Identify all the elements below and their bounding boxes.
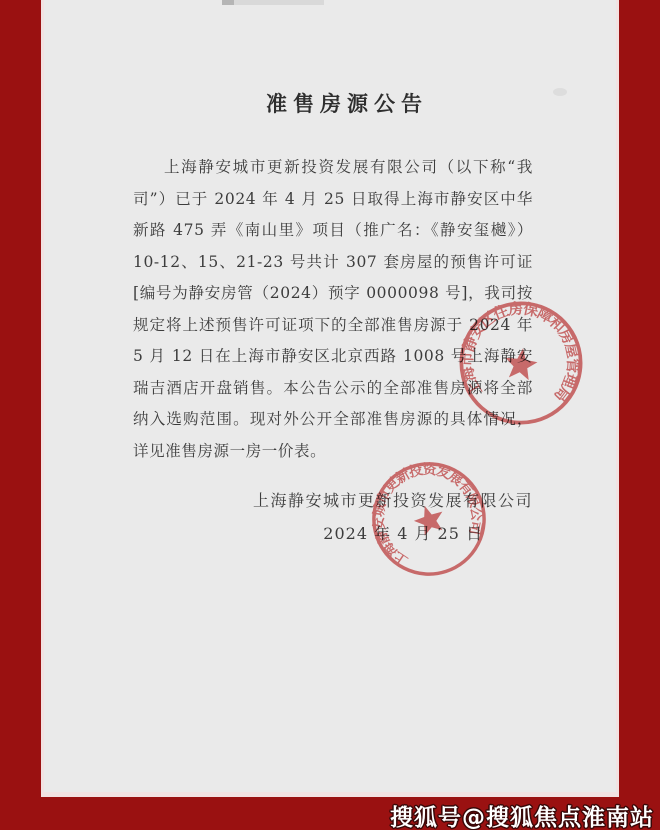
signature-date: 2024 年 4 月 25 日 xyxy=(44,521,616,544)
sohu-watermark-text: 搜狐号@搜狐焦点淮南站 xyxy=(390,799,654,830)
bureau-seal-graphic: 上海市静安区住房保障和房屋管理局 xyxy=(446,288,595,437)
bureau-seal-stamp: 上海市静安区住房保障和房屋管理局 xyxy=(446,288,595,437)
scan-artifact xyxy=(234,0,324,5)
scanned-announcement-screenshot: { "document": { "title": "准售房源公告", "body… xyxy=(0,0,660,830)
scan-artifact xyxy=(222,0,234,5)
star-icon xyxy=(503,346,539,381)
star-icon xyxy=(411,501,448,537)
paper-edge-frame: 准售房源公告 上海静安城市更新投资发展有限公司（以下称“我司”）已于 2024 … xyxy=(41,0,619,797)
page-title: 准售房源公告 xyxy=(44,88,616,118)
signature-company: 上海静安城市更新投资发展有限公司 xyxy=(44,488,616,511)
paper-sheet: 准售房源公告 上海静安城市更新投资发展有限公司（以下称“我司”）已于 2024 … xyxy=(44,0,616,792)
